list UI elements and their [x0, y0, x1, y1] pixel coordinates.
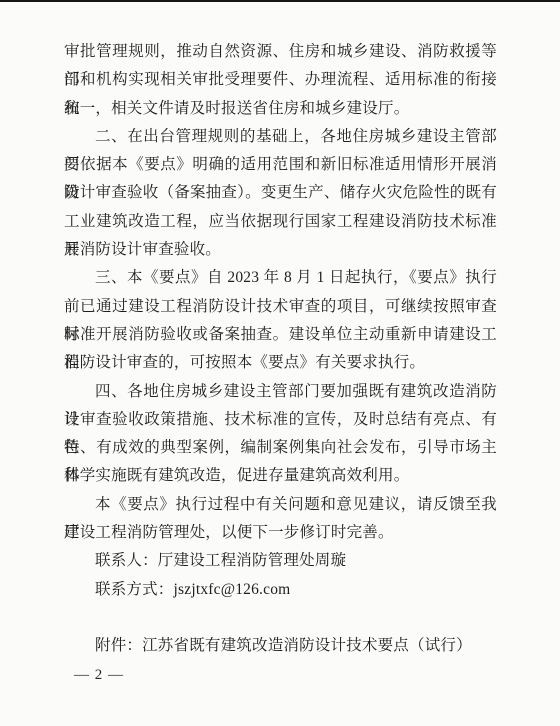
text-line: 三、本《要点》自 2023 年 8 月 1 日起执行，《要点》执行 [64, 264, 497, 292]
blank-line [64, 604, 497, 632]
text-line: 门和机构实现相关审批受理要件、办理流程、适用标准的衔接和 [64, 66, 497, 94]
scanned-document-page: { "document": { "lines": [ "审批管理规则，推动自然资… [0, 0, 560, 726]
text-line: 前已通过建设工程消防设计技术审查的项目，可继续按照审查时 [64, 293, 497, 321]
text-line: 统一，相关文件请及时报送省住房和城乡建设厅。 [64, 95, 497, 123]
text-line: 色、有成效的典型案例，编制案例集向社会发布，引导市场主体 [64, 434, 497, 462]
text-line: 展消防设计审查验收。 [64, 236, 497, 264]
text-line: 工业建筑改造工程，应当依据现行国家工程建设消防技术标准开 [64, 208, 497, 236]
text-line: 二、在出台管理规则的基础上，各地住房城乡建设主管部门 [64, 123, 497, 151]
text-line: 本《要点》执行过程中有关问题和意见建议，请反馈至我厅 [64, 491, 497, 519]
contact-email-line: 联系方式：jszjtxfc@126.com [64, 576, 497, 604]
document-body: 审批管理规则，推动自然资源、住房和城乡建设、消防救援等部 门和机构实现相关审批受… [64, 38, 497, 661]
text-line: 设计审查验收（备案抽查）。变更生产、储存火灾危险性的既有 [64, 179, 497, 207]
text-line: 四、各地住房城乡建设主管部门要加强既有建筑改造消防设 [64, 378, 497, 406]
contact-person-line: 联系人：厅建设工程消防管理处周璇 [64, 547, 497, 575]
text-line: 计审查验收政策措施、技术标准的宣传，及时总结有亮点、有特 [64, 406, 497, 434]
text-line: 要依据本《要点》明确的适用范围和新旧标准适用情形开展消防 [64, 151, 497, 179]
text-line: 标准开展消防验收或备案抽查。建设单位主动重新申请建设工程 [64, 321, 497, 349]
text-line: 审批管理规则，推动自然资源、住房和城乡建设、消防救援等部 [64, 38, 497, 66]
attachment-line: 附件：江苏省既有建筑改造消防设计技术要点（试行） [64, 632, 497, 660]
page-number: — 2 — [74, 667, 124, 684]
text-line: 科学实施既有建筑改造，促进存量建筑高效利用。 [64, 462, 497, 490]
text-line: 建设工程消防管理处，以便下一步修订时完善。 [64, 519, 497, 547]
scan-edge-line [0, 0, 560, 2]
text-line: 消防设计审查的，可按照本《要点》有关要求执行。 [64, 349, 497, 377]
